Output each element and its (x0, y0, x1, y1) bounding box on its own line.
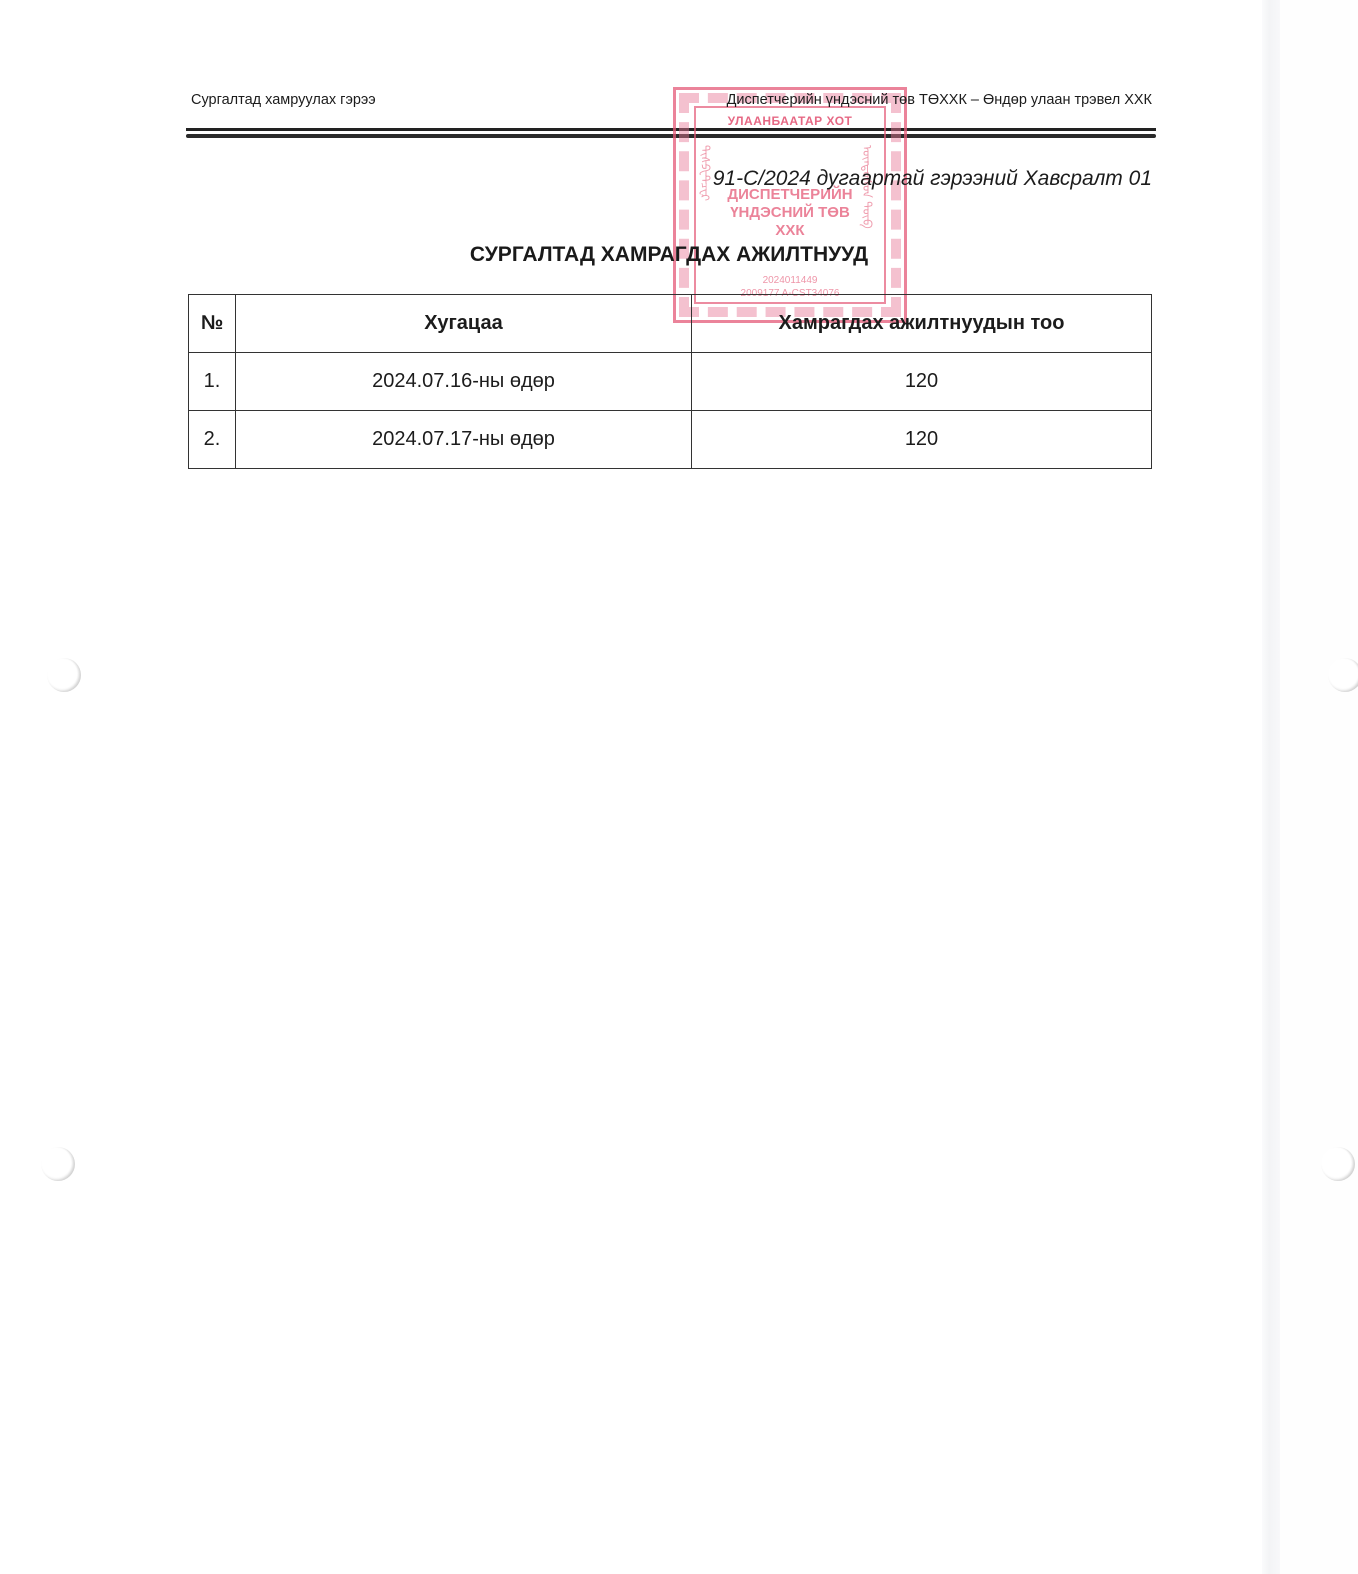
stamp-name-line2: ҮНДЭСНИЙ ТӨВ (676, 204, 904, 222)
punch-hole-icon (1321, 1147, 1355, 1181)
scan-margin (1280, 0, 1358, 1574)
header-rule-thick (186, 134, 1156, 138)
stamp-company-name: ДИСПЕТЧЕРИЙН ҮНДЭСНИЙ ТӨВ ХХК (676, 186, 904, 240)
table-header-row: № Хугацаа Хамрагдах ажилтнуудын тоо (189, 295, 1152, 353)
stamp-reg-line1: 2024011449 (676, 274, 904, 287)
header-parties: Диспетчерийн үндэсний төв ТӨХХК – Өндөр … (727, 92, 1152, 108)
annex-label: 91-С/2024 дугаартай гэрээний Хавсралт 01 (713, 167, 1152, 191)
column-header-number: № (189, 295, 236, 353)
stamp-name-line3: ХХК (676, 222, 904, 240)
cell-number: 2. (189, 411, 236, 469)
stamp-city: УЛААНБААТАР ХОТ (676, 114, 904, 128)
page-title: СУРГАЛТАД ХАМРАГДАХ АЖИЛТНУУД (0, 243, 1338, 267)
column-header-period: Хугацаа (236, 295, 692, 353)
cell-period: 2024.07.17-ны өдөр (236, 411, 692, 469)
scanned-page: Сургалтад хамруулах гэрээ Диспетчерийн ү… (0, 0, 1358, 1574)
column-header-employee-count: Хамрагдах ажилтнуудын тоо (692, 295, 1152, 353)
cell-employee-count: 120 (692, 411, 1152, 469)
company-stamp: УЛААНБААТАР ХОТ ᠳᠢᠰᠫᠧᠲᠴᠧᠷ ᠦᠨᠳᠦᠰᠦᠨ ᠲᠥᠪ ДИ… (673, 87, 907, 323)
cell-employee-count: 120 (692, 353, 1152, 411)
punch-hole-icon (47, 658, 81, 692)
training-schedule-table: № Хугацаа Хамрагдах ажилтнуудын тоо 1. 2… (188, 294, 1152, 469)
header-rule (186, 128, 1156, 131)
table-row: 1. 2024.07.16-ны өдөр 120 (189, 353, 1152, 411)
header-document-type: Сургалтад хамруулах гэрээ (191, 92, 376, 108)
punch-hole-icon (1328, 658, 1358, 692)
cell-period: 2024.07.16-ны өдөр (236, 353, 692, 411)
punch-hole-icon (41, 1147, 75, 1181)
cell-number: 1. (189, 353, 236, 411)
table-row: 2. 2024.07.17-ны өдөр 120 (189, 411, 1152, 469)
scan-edge-shadow (1262, 0, 1280, 1574)
